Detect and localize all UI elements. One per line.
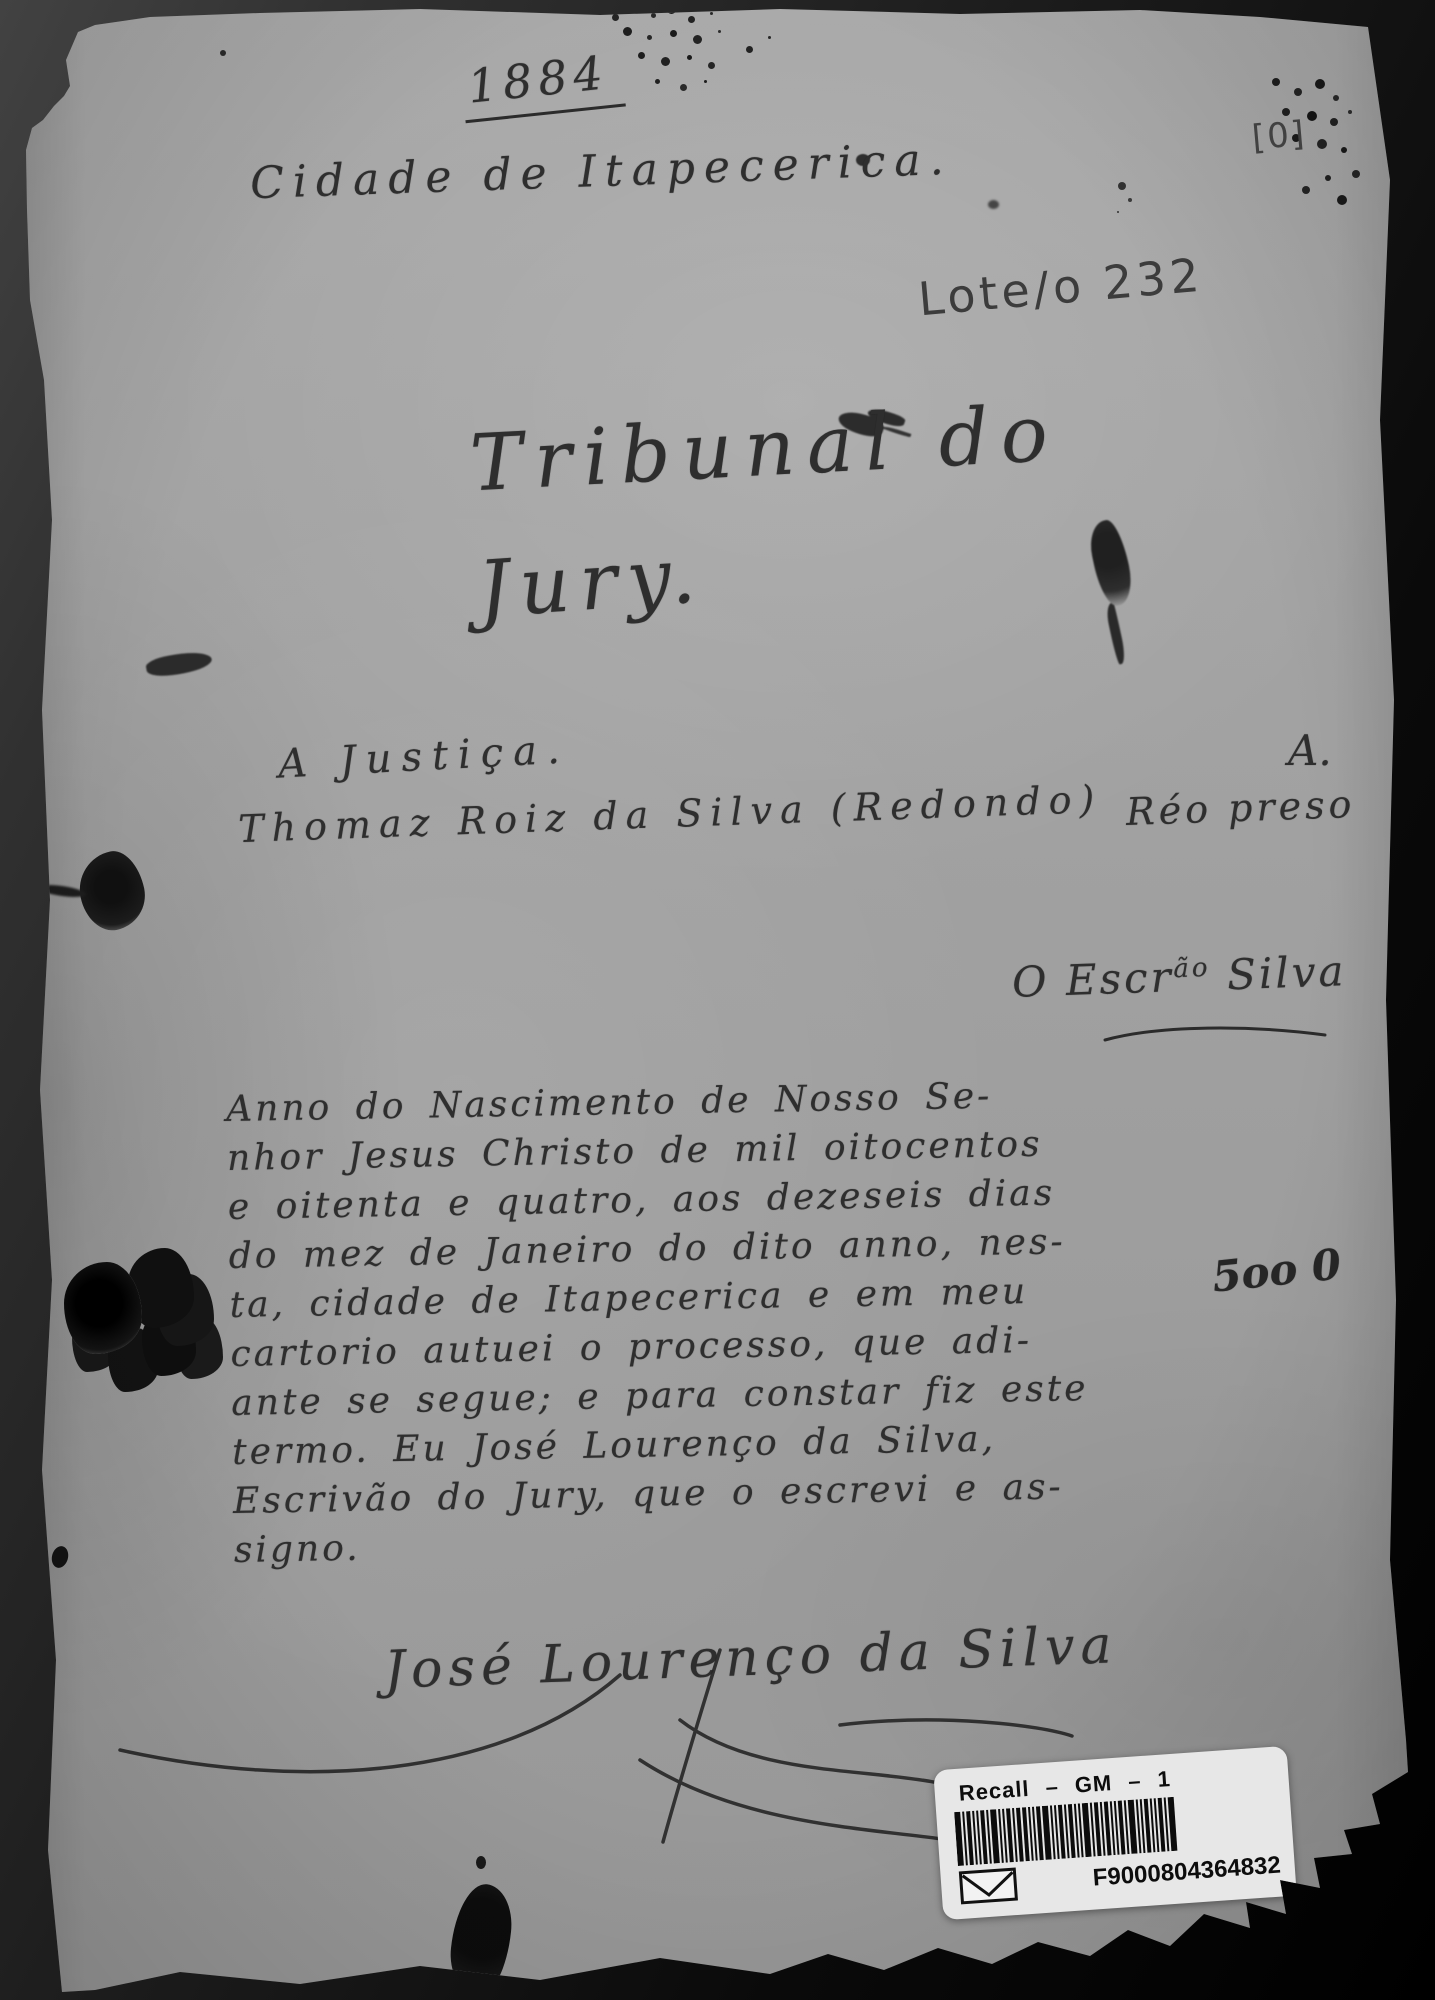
ink-splash (64, 1262, 142, 1354)
ink-speckles-top (596, 6, 603, 13)
ink-blot (73, 846, 152, 936)
right-heading-abbr: A. (1288, 726, 1332, 775)
barcode-sticker: Recall – GM – 1 F9000804364832 (933, 1746, 1297, 1920)
clerk-signature: José Lourenço da Silva (383, 1615, 1118, 1701)
scanned-document-page: 1884 [0] Cidade de Itapecerica. Lote/o 2… (0, 0, 1435, 2000)
clerk-note-superscript: ão (1173, 953, 1211, 984)
plaintiff-heading: A Justiça. (277, 726, 571, 787)
clerk-note-underline-flourish (1100, 1020, 1330, 1048)
city-line: Cidade de Itapecerica. (249, 134, 953, 209)
document-title-line2: Jury. (475, 530, 708, 636)
defendant-name-line: Thomaz Roiz da Silva (Redondo) (237, 777, 1102, 851)
ink-dot (220, 50, 226, 56)
ink-speckles-top-right (1272, 78, 1280, 86)
corner-folio-mark: [0] (1250, 114, 1307, 159)
ink-blot (446, 1881, 515, 1998)
defendant-status-line: Réo preso (1125, 782, 1356, 834)
clerk-note: O Escrão Silva (1011, 946, 1347, 1007)
body-paragraph: Anno do Nascimento de Nosso Se- nhor Jes… (226, 1067, 1264, 1575)
ink-smudge (145, 648, 213, 679)
ink-dot (1118, 182, 1126, 190)
year-heading: 1884 (459, 44, 626, 123)
document-title-line1: Tribunal do (468, 389, 1062, 510)
ink-smudge (1085, 517, 1136, 608)
ink-dot (476, 1856, 486, 1869)
paper-sheet: 1884 [0] Cidade de Itapecerica. Lote/o 2… (0, 0, 1435, 2000)
clerk-note-prefix: O Escr (1011, 952, 1174, 1007)
ink-dot (49, 1544, 70, 1569)
clerk-note-suffix: Silva (1210, 946, 1347, 1000)
lot-annotation: Lote/o 232 (916, 248, 1205, 327)
ink-dot (988, 200, 999, 209)
ink-blot-streak (38, 883, 87, 900)
envelope-icon (958, 1867, 1018, 1905)
sticker-code: F9000804364832 (1092, 1852, 1282, 1893)
